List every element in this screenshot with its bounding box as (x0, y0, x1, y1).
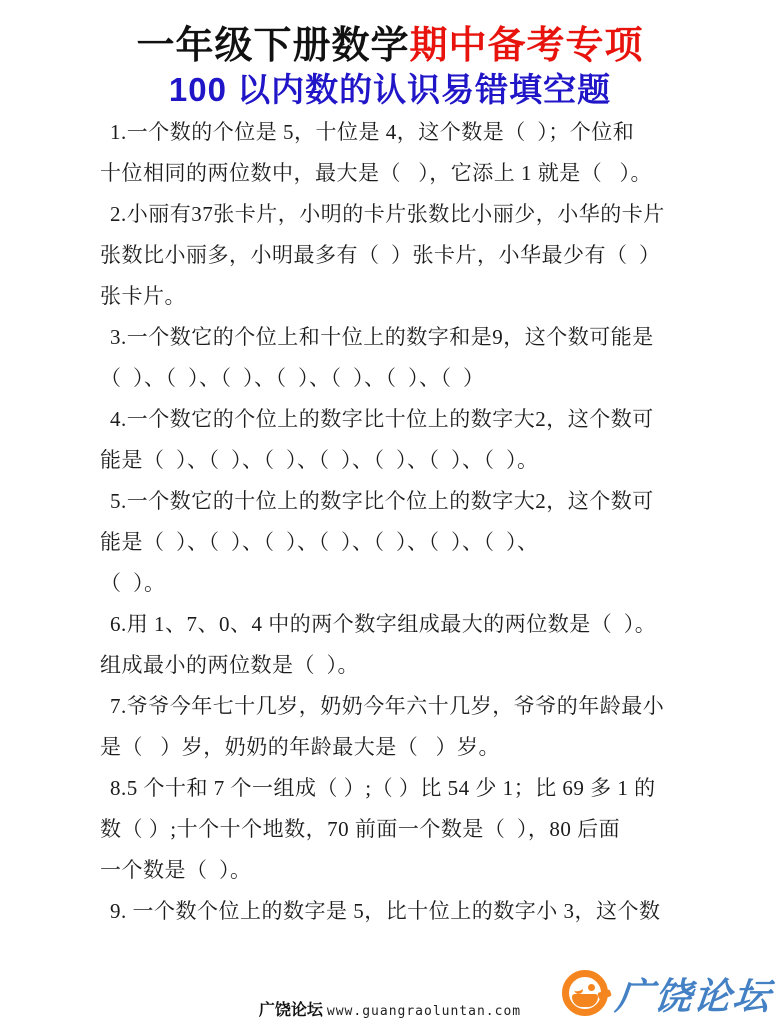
guangraoluntan-logo: 广饶论坛 (562, 966, 772, 1020)
question-5-line-1: 5.一个数它的十位上的数字比个位上的数字大2，这个数可 (100, 481, 680, 522)
question-4-line-2: 能是（ ）、（ ）、（ ）、（ ）、（ ）、（ ）、（ ）。 (100, 440, 680, 481)
question-9-line-1: 9. 一个数个位上的数字是 5，比十位上的数字小 3，这个数 (100, 891, 680, 932)
page-title: 一年级下册数学期中备考专项 (0, 14, 780, 69)
smiley-g-icon (562, 970, 608, 1016)
g-crossbar (597, 989, 612, 1000)
question-7-line-2: 是（ ）岁，奶奶的年龄最大是（ ）岁。 (100, 727, 680, 768)
title-red-part: 期中备考专项 (410, 25, 644, 67)
question-1-line-1: 1.一个数的个位是 5，十位是 4，这个数是（ ）；个位和 (100, 112, 680, 153)
question-2-line-2: 张数比小丽多，小明最多有（ ）张卡片，小华最少有（ ） (100, 235, 680, 276)
question-list: 1.一个数的个位是 5，十位是 4，这个数是（ ）；个位和 十位相同的两位数中，… (100, 112, 680, 932)
question-2-line-3: 张卡片。 (100, 276, 680, 317)
question-8-line-1: 8.5 个十和 7 个一组成（ ）;（ ）比 54 少 1；比 69 多 1 的 (100, 768, 680, 809)
smiley-mouth (572, 994, 598, 1007)
question-7-line-1: 7.爷爷今年七十几岁，奶奶今年六十几岁，爷爷的年龄最小 (100, 686, 680, 727)
question-3-line-2: （ ）、（ ）、（ ）、（ ）、（ ）、（ ）、（ ） (100, 358, 680, 399)
question-5-line-3: （ ）。 (100, 563, 680, 604)
question-4-line-1: 4.一个数它的个位上的数字比十位上的数字大2，这个数可 (100, 399, 680, 440)
footer-site-name: 广饶论坛 (259, 1002, 323, 1019)
logo-wordmark: 广饶论坛 (613, 966, 775, 1020)
question-8-line-3: 一个数是（ ）。 (100, 850, 680, 891)
question-6-line-2: 组成最小的两位数是（ ）。 (100, 645, 680, 686)
question-3-line-1: 3.一个数它的个位上和十位上的数字和是9，这个数可能是 (100, 317, 680, 358)
question-8-line-2: 数（ ）;十个十个地数，70 前面一个数是（ ），80 后面 (100, 809, 680, 850)
question-1-line-2: 十位相同的两位数中，最大是（ ），它添上 1 就是（ ）。 (100, 153, 680, 194)
title-black-part: 一年级下册数学 (136, 25, 409, 67)
question-6-line-1: 6.用 1、7、0、4 中的两个数字组成最大的两位数是（ ）。 (100, 604, 680, 645)
question-5-line-2: 能是（ ）、（ ）、（ ）、（ ）、（ ）、（ ）、（ ）、 (100, 522, 680, 563)
worksheet-page: 一年级下册数学期中备考专项 100 以内数的认识易错填空题 1.一个数的个位是 … (0, 0, 780, 1024)
smiley-right-eye (588, 984, 595, 991)
footer-site-url: www.guangraoluntan.com (327, 1004, 521, 1019)
question-2-line-1: 2.小丽有37张卡片，小明的卡片张数比小丽少，小华的卡片 (100, 194, 680, 235)
page-subtitle: 100 以内数的认识易错填空题 (0, 64, 780, 111)
